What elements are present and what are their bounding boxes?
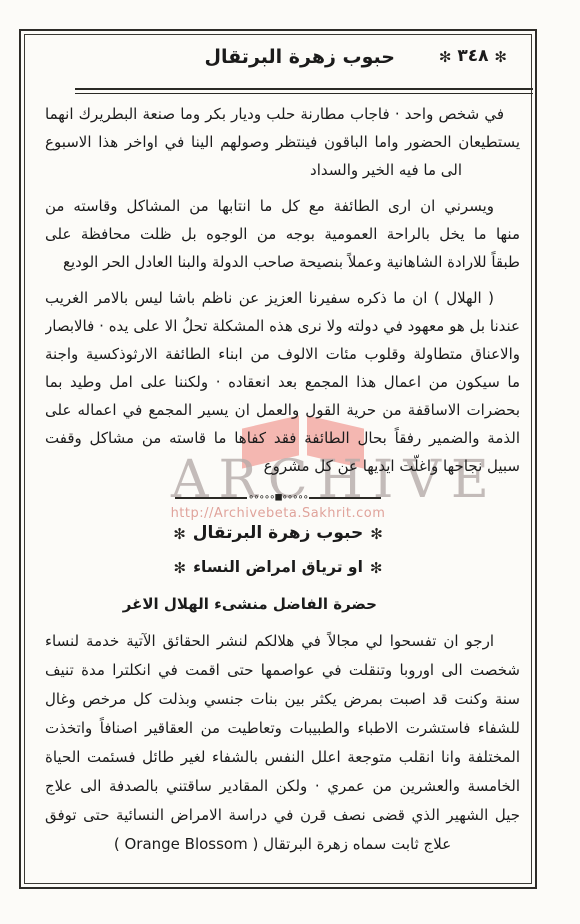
divider-line	[175, 497, 247, 499]
text-line: ارجو ان تفسحوا لي مجالاً في هلالكم لنشر …	[45, 627, 520, 656]
archive-watermark-url: http://Archivebeta.Sakhrit.com	[21, 506, 535, 521]
text-line: طبقاً للارادة الشاهانية وعملاً بنصيحة صا…	[45, 248, 520, 276]
text-line: الخامسة والعشرين من عمري · ولكن المقادير…	[45, 772, 520, 801]
page-content: حبوب زهرة البرتقال ✻ ٣٤٨ ✻ في شخص واحد ·…	[21, 31, 535, 887]
flower-ornament-icon: ✻	[173, 525, 186, 543]
page-border-frame: حبوب زهرة البرتقال ✻ ٣٤٨ ✻ في شخص واحد ·…	[19, 29, 537, 889]
text-line: منها ما يخل بالراحة العمومية بوجه من الو…	[45, 220, 520, 248]
text-line: سنة وكنت قد اصبت بمرض يكثر بين بنات جنسي…	[45, 685, 520, 714]
flower-ornament-icon: ✻	[174, 559, 187, 577]
chain-ornament-icon: ∘∘∘∘∘◼∘∘∘∘∘	[247, 493, 309, 503]
flower-ornament-icon: ✻	[439, 48, 452, 66]
paragraph-3: ( الهلال ) ان ما ذكره سفيرنا العزيز عن ن…	[45, 284, 520, 480]
flower-ornament-icon: ✻	[494, 48, 507, 66]
section-divider: ∘∘∘∘∘◼∘∘∘∘∘	[21, 493, 535, 503]
text-line: في شخص واحد · فاجاب مطارنة حلب وديار بكر…	[45, 100, 520, 128]
text-line: والاعناق متطاولة وقلوب مئات الالوف من اب…	[45, 340, 520, 368]
flower-ornament-icon: ✻	[370, 559, 383, 577]
section-subtitle: ✻او ترياق امراض النساء✻	[21, 558, 535, 577]
section-title-text: حبوب زهرة البرتقال	[193, 523, 363, 543]
letter-salutation: حضرة الفاضل منشىء الهلال الاغر	[123, 595, 377, 613]
scanned-page: { "page": { "number_arabic": "٣٤٨", "hea…	[0, 0, 580, 924]
text-line: ويسرني ان ارى الطائفة مع كل ما انتابها م…	[45, 192, 520, 220]
text-line: الى ما فيه الخير والسداد	[45, 156, 520, 184]
text-line: للشفاء فاستشرت الاطباء والطبيبات وتعاطيت…	[45, 714, 520, 743]
text-line: ( الهلال ) ان ما ذكره سفيرنا العزيز عن ن…	[45, 284, 520, 312]
header-rule	[75, 88, 533, 94]
text-line: بحضرات الاساقفة من حرية القول والعمل ان …	[45, 396, 520, 424]
text-line: يستطيعان الحضور واما الباقون فينتظر وصول…	[45, 128, 520, 156]
page-number: ✻ ٣٤٨ ✻	[439, 46, 507, 66]
text-line: ما سيكون من اعمال هذا المجمع بعد انعقاده…	[45, 368, 520, 396]
text-line-orange-blossom: علاج ثابت سماه زهرة البرتقال ( Orange Bl…	[45, 830, 520, 859]
text-line: سبيل نجاحها واغلّت ايديها عن كل مشروع	[45, 452, 520, 480]
text-line: شخصت الى اوروبا وتنقلت في عواصمها حتى اق…	[45, 656, 520, 685]
divider-line	[309, 497, 381, 499]
paragraph-1: في شخص واحد · فاجاب مطارنة حلب وديار بكر…	[45, 100, 520, 184]
text-line: جيل الشهير الذي قضى نصف قرن في دراسة الا…	[45, 801, 520, 830]
section-title: ✻حبوب زهرة البرتقال✻	[21, 523, 535, 543]
text-line: المختلفة وانا انقلب متوجعة اعلل النفس با…	[45, 743, 520, 772]
text-line: عندنا بل هو معهود في دولته ولا نرى هذه ا…	[45, 312, 520, 340]
flower-ornament-icon: ✻	[370, 525, 383, 543]
running-header-title: حبوب زهرة البرتقال	[205, 46, 395, 68]
section-subtitle-text: او ترياق امراض النساء	[193, 558, 363, 576]
text-line: الذمة والضمير رفقاً بحال الطائفة فقد كفا…	[45, 424, 520, 452]
letter-body: ارجو ان تفسحوا لي مجالاً في هلالكم لنشر …	[45, 627, 520, 859]
page-number-value: ٣٤٨	[457, 46, 488, 66]
paragraph-2: ويسرني ان ارى الطائفة مع كل ما انتابها م…	[45, 192, 520, 276]
